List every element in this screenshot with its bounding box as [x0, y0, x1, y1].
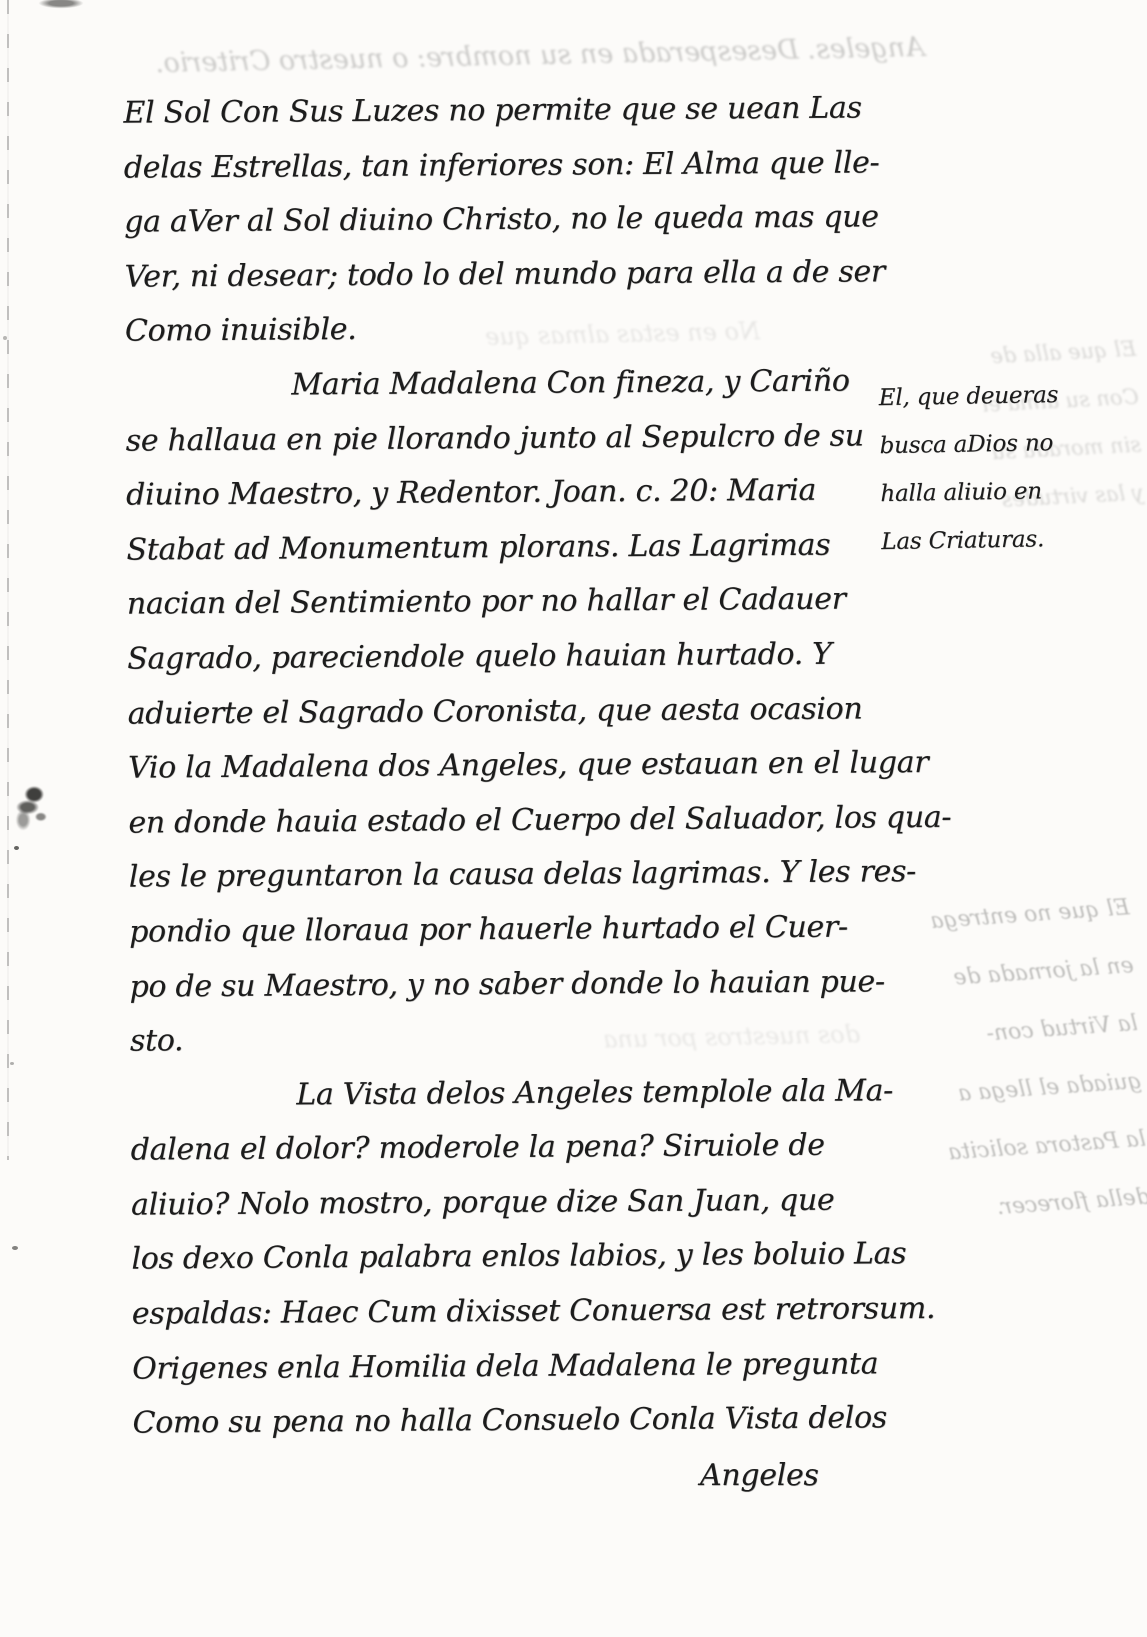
bleed-through-line: la Pastora solicita — [882, 1111, 1147, 1187]
text-line: aliuio? Nolo mostro, porque dize San Jua… — [131, 1173, 876, 1233]
text-line: Ver, ni desear; todo lo del mundo para e… — [124, 245, 869, 305]
text-line: Vio la Madalena dos Angeles, que estauan… — [128, 737, 873, 797]
margin-note-line: halla aliuio en — [880, 466, 1126, 518]
text-line: ga aVer al Sol diuino Christo, no le que… — [124, 191, 869, 251]
margin-note: El, que deueras busca aDios no halla ali… — [878, 370, 1126, 566]
text-line: Como su pena no halla Consuelo Conla Vis… — [132, 1392, 877, 1452]
text-line: Como inuisible. — [125, 300, 870, 360]
catchword: Angeles — [700, 1458, 819, 1493]
bleed-through-line: en la jornada de — [870, 937, 1135, 1013]
text-line: diuino Maestro, y Redentor. Joan. c. 20:… — [126, 464, 871, 524]
ink-smudge — [26, 0, 96, 16]
text-line: delas Estrellas, tan inferiores son: El … — [124, 136, 869, 196]
bleed-through-line: guiada el llega a — [878, 1053, 1143, 1129]
text-line: Sagrado, pareciendole quelo hauian hurta… — [127, 627, 872, 687]
margin-note-line: busca aDios no — [879, 418, 1125, 470]
ink-speck — [14, 846, 19, 850]
margin-note-line: Las Criaturas. — [881, 514, 1127, 566]
text-line: po de su Maestro, y no saber donde lo ha… — [129, 955, 874, 1015]
text-line-paragraph-start: Maria Madalena Con fineza, y Cariño — [125, 354, 870, 414]
text-line: dalena el dolor? moderole la pena? Sirui… — [130, 1119, 875, 1179]
bleed-through-line: El que no entrega — [866, 879, 1131, 955]
text-line-paragraph-start: La Vista delos Angeles templole ala Ma- — [130, 1064, 875, 1124]
bleed-through-line: la Virtud con- — [874, 995, 1139, 1071]
text-line: nacian del Sentimiento por no hallar el … — [127, 573, 872, 633]
bleed-through-line: della florecer. — [886, 1169, 1147, 1245]
text-line: sto. — [130, 1009, 875, 1069]
bleed-through-right-lower: El que no entrega en la jornada de la Vi… — [866, 879, 1147, 1244]
margin-note-line: El, que deueras — [878, 370, 1124, 422]
text-line: espaldas: Haec Cum dixisset Conuersa est… — [132, 1282, 877, 1342]
text-line: se hallaua en pie llorando junto al Sepu… — [126, 409, 871, 469]
text-line: Stabat ad Monumentum plorans. Las Lagrim… — [126, 518, 871, 578]
text-line: Origenes enla Homilia dela Madalena le p… — [132, 1337, 877, 1397]
ink-speck — [10, 1062, 14, 1065]
text-line: El Sol Con Sus Luzes no permite que se u… — [123, 81, 868, 141]
text-line: les le preguntaron la causa delas lagrim… — [129, 846, 874, 906]
text-line: aduierte el Sagrado Coronista, que aesta… — [127, 682, 872, 742]
ink-speck — [12, 1246, 18, 1250]
bleed-through-top-line: Angeles. Desesperada en su nombre: o nue… — [130, 31, 950, 79]
binding-edge-line — [7, 0, 9, 1160]
text-line: en donde hauia estado el Cuerpo del Salu… — [128, 791, 873, 851]
main-text-block: El Sol Con Sus Luzes no permite que se u… — [123, 81, 878, 1451]
ink-speck — [3, 336, 7, 340]
text-line: los dexo Conla palabra enlos labios, y l… — [131, 1228, 876, 1288]
manuscript-page: Angeles. Desesperada en su nombre: o nue… — [0, 0, 1147, 1637]
ink-blotch — [10, 772, 54, 836]
text-line: pondio que lloraua por hauerle hurtado e… — [129, 900, 874, 960]
